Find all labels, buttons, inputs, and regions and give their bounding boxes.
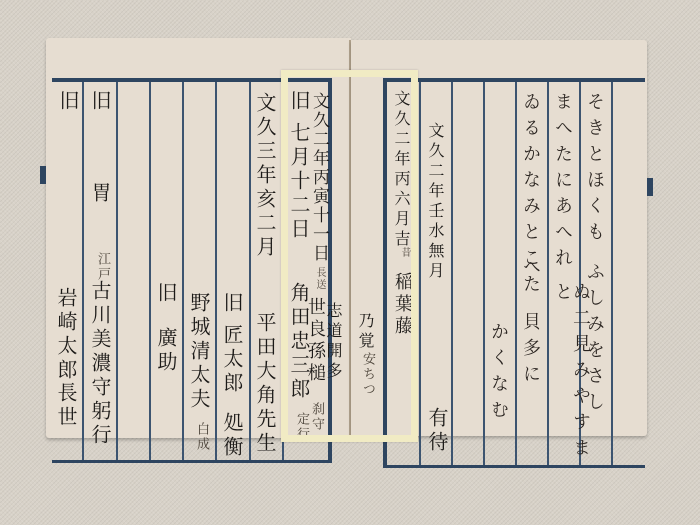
left-col-4-name: 匠太郎 [222, 324, 242, 396]
left-col-8-sub: 長世 [56, 382, 76, 430]
column-rule [82, 82, 84, 460]
column-rule [515, 82, 517, 465]
left-col-7-note: 江戸 [96, 252, 109, 282]
column-rule [182, 82, 184, 460]
left-col-3-name: 平田大角先生 [255, 312, 275, 456]
binding-tab-left [40, 166, 46, 184]
column-rule [451, 82, 453, 465]
left-col-8-name: 岩崎太郎 [56, 287, 76, 383]
left-col-7-middle: 胃 [90, 182, 110, 206]
column-rule [547, 82, 549, 465]
left-col-3-date: 文久三年亥二月 [255, 92, 275, 260]
right-col-5-text: かくなむ [489, 322, 507, 426]
right-col-4-name: 有待 [427, 407, 447, 455]
right-col-8-bottom: ふしみをさし [585, 262, 603, 418]
right-ruled-frame: 文久二年丙六月吉 昔 稲葉藤 乃覚 安ちつ 志道開多 文久二年壬水無月 有待 か… [383, 78, 645, 468]
right-col-6-bottom: へ 貝多に [521, 257, 539, 390]
left-col-5-sub: 白成 [195, 422, 208, 452]
column-rule [215, 82, 217, 460]
column-rule [149, 82, 151, 460]
right-col-4-date: 文久二年壬水無月 [427, 122, 443, 282]
binding-tab-right [647, 178, 653, 196]
highlight-frame [281, 70, 418, 442]
column-rule [249, 82, 251, 460]
left-col-6-name: 廣助 [156, 327, 176, 375]
right-col-8-top: そきとほくも [585, 92, 603, 248]
column-rule [116, 82, 118, 460]
right-col-7-top: まへたにあへれ [553, 92, 571, 274]
column-rule [419, 82, 421, 465]
column-rule [611, 82, 613, 465]
column-rule [483, 82, 485, 465]
left-col-8-top: 旧 [58, 90, 78, 114]
left-col-4-sub: 処衡 [222, 412, 242, 460]
left-col-6-top: 旧 [156, 282, 176, 306]
left-col-4-top: 旧 [222, 292, 242, 316]
left-col-7-top: 旧 [90, 90, 110, 114]
left-col-7-name: 古川美濃守躬行 [90, 280, 110, 448]
left-col-5-name: 野城清太夫 [189, 292, 209, 412]
